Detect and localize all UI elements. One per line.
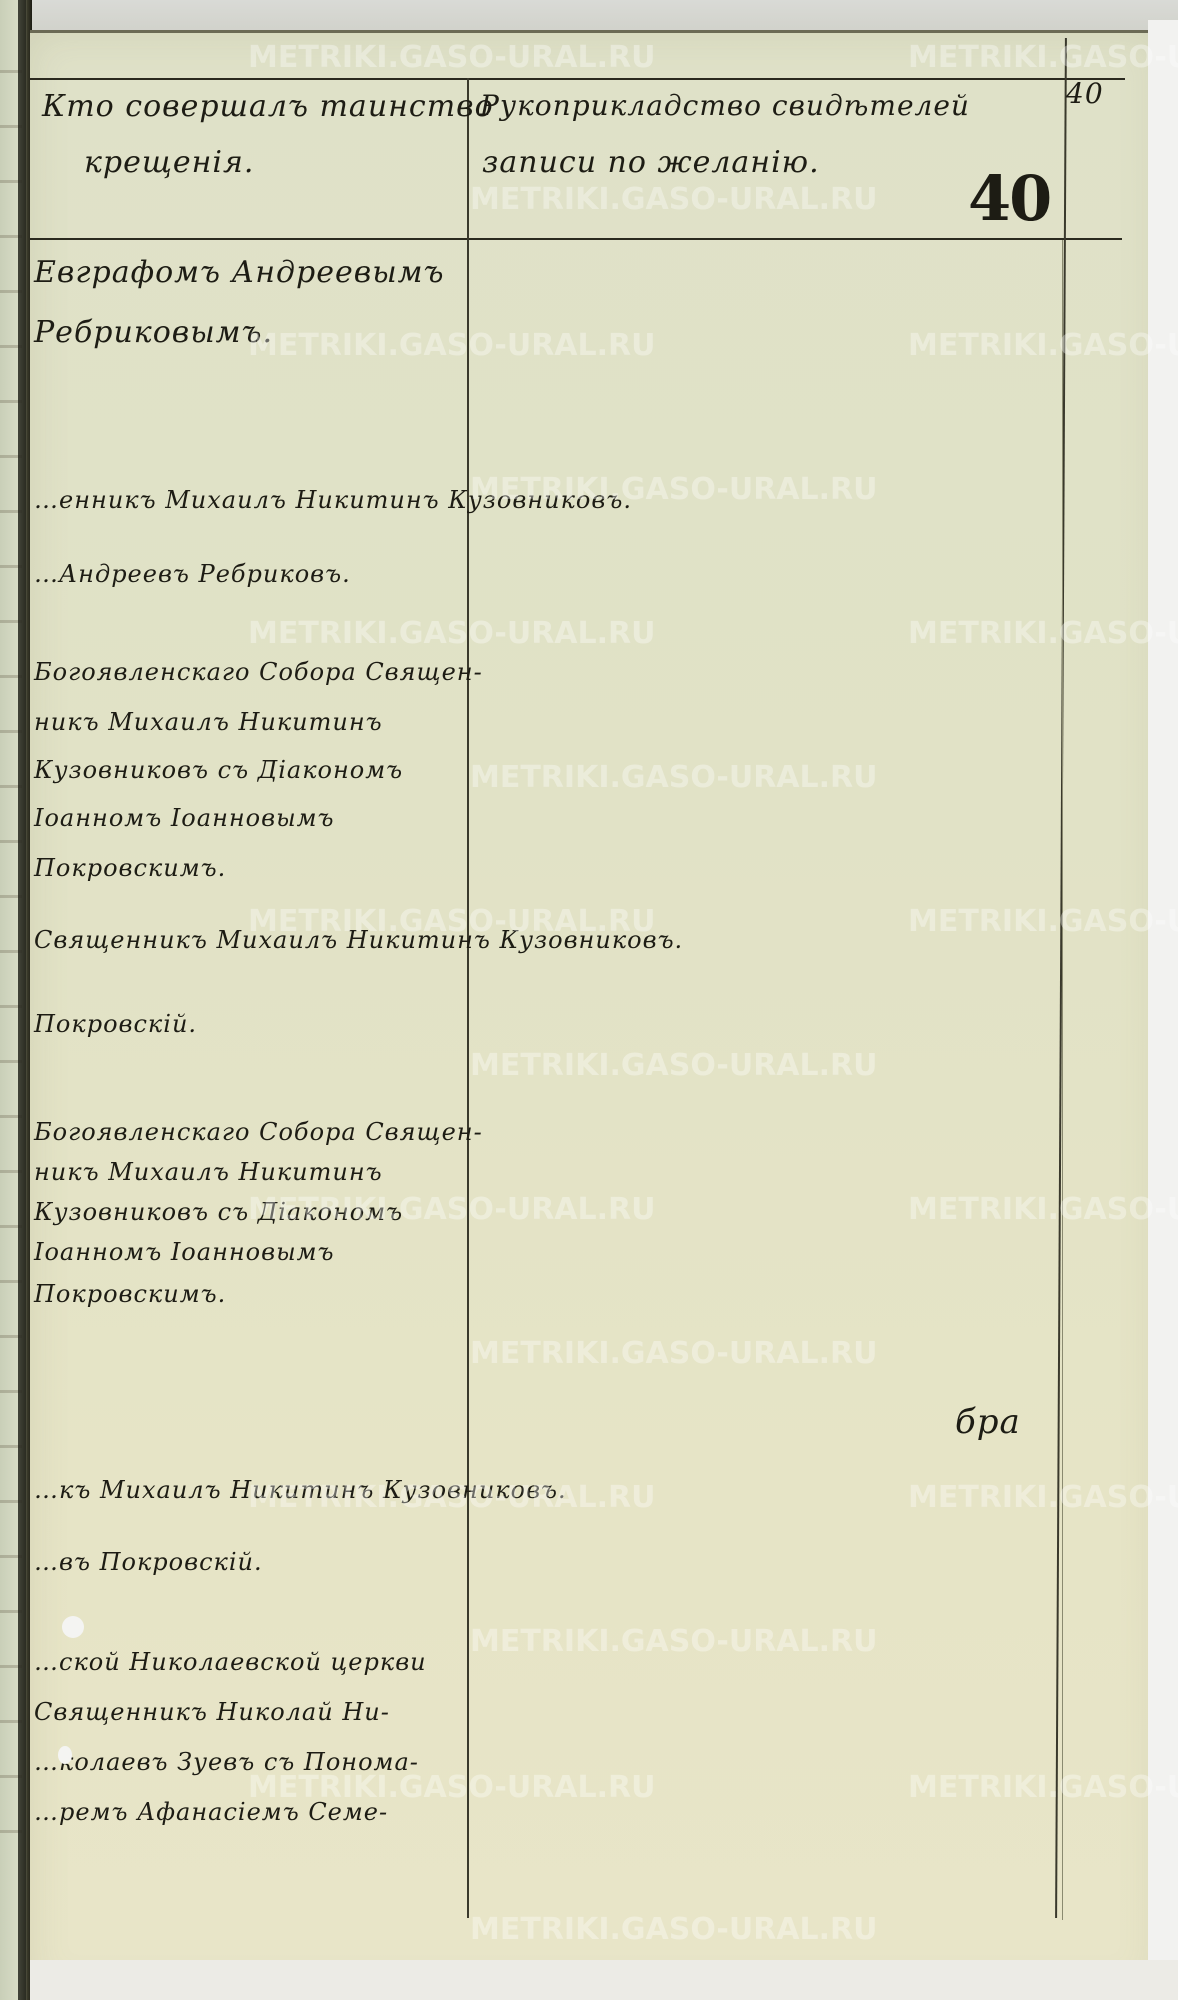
entry-1-line-2: Ребриковымъ. — [34, 318, 273, 348]
watermark: METRIKI.GASO-URAL.RU — [470, 1624, 878, 1659]
watermark: METRIKI.GASO-URAL.RU — [248, 616, 656, 651]
scanner-background-bottom — [30, 1960, 1178, 2000]
entry-6-line-2: …въ Покровскій. — [34, 1550, 263, 1574]
entry-5-line-2: никъ Михаилъ Никитинъ — [34, 1160, 383, 1184]
entry-7-line-2: Священникъ Николай Ни- — [34, 1700, 390, 1724]
entry-3-line-3: Кузовниковъ съ Діакономъ — [34, 758, 403, 782]
margin-note: бра — [955, 1405, 1021, 1439]
entry-3-line-5: Покровскимъ. — [34, 856, 226, 880]
header-top-rule — [30, 78, 1125, 80]
header-col1-line1: Кто совершалъ таинство — [42, 92, 494, 122]
watermark: METRIKI.GASO-URAL.RU — [470, 1336, 878, 1371]
watermark: METRIKI.GASO-URAL.RU — [470, 760, 878, 795]
punch-hole — [62, 1616, 84, 1638]
scanner-background-right — [1148, 20, 1178, 2000]
watermark: METRIKI.GASO-URAL.RU — [908, 1192, 1178, 1227]
watermark: METRIKI.GASO-URAL.RU — [908, 1770, 1178, 1805]
header-col2-line2: записи по желанію. — [482, 148, 820, 178]
entry-1-line-1: Евграфомъ Андреевымъ — [34, 258, 445, 288]
watermark: METRIKI.GASO-URAL.RU — [248, 1770, 656, 1805]
entry-5-line-1: Богоявленскаго Собора Священ- — [34, 1120, 483, 1144]
watermark: METRIKI.GASO-URAL.RU — [470, 1048, 878, 1083]
page-number-small: 40 — [1066, 80, 1104, 108]
watermark: METRIKI.GASO-URAL.RU — [908, 616, 1178, 651]
watermark: METRIKI.GASO-URAL.RU — [248, 1480, 656, 1515]
entry-4-line-2: Покровскій. — [34, 1012, 197, 1036]
punch-hole — [58, 1746, 72, 1764]
watermark: METRIKI.GASO-URAL.RU — [470, 1912, 878, 1947]
entry-2-line-2: …Андреевъ Ребриковъ. — [34, 562, 351, 586]
header-col2-line1: Рукоприкладство свидѣтелей — [480, 92, 970, 120]
binding-spine — [18, 0, 26, 2000]
watermark: METRIKI.GASO-URAL.RU — [908, 40, 1178, 75]
watermark: METRIKI.GASO-URAL.RU — [248, 40, 656, 75]
watermark: METRIKI.GASO-URAL.RU — [470, 182, 878, 217]
watermark: METRIKI.GASO-URAL.RU — [248, 328, 656, 363]
watermark: METRIKI.GASO-URAL.RU — [908, 328, 1178, 363]
entry-3-line-4: Іоанномъ Іоанновымъ — [34, 806, 335, 830]
column-divider-faint — [1062, 240, 1063, 1920]
watermark: METRIKI.GASO-URAL.RU — [470, 472, 878, 507]
page-number-large: 40 — [968, 168, 1050, 230]
watermark: METRIKI.GASO-URAL.RU — [248, 1192, 656, 1227]
entry-7-line-1: …ской Николаевской церкви — [34, 1650, 427, 1674]
header-bottom-rule — [30, 238, 1122, 240]
entry-5-line-5: Покровскимъ. — [34, 1282, 226, 1306]
watermark: METRIKI.GASO-URAL.RU — [248, 904, 656, 939]
watermark: METRIKI.GASO-URAL.RU — [908, 1480, 1178, 1515]
entry-3-line-2: никъ Михаилъ Никитинъ — [34, 710, 383, 734]
entry-5-line-4: Іоанномъ Іоанновымъ — [34, 1240, 335, 1264]
header-col1-line2: крещенія. — [84, 148, 254, 178]
watermark: METRIKI.GASO-URAL.RU — [908, 904, 1178, 939]
entry-3-line-1: Богоявленскаго Собора Священ- — [34, 660, 483, 684]
